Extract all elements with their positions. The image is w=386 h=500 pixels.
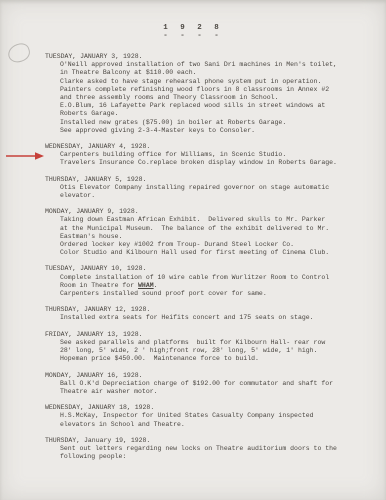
log-entry: TUESDAY, JANUARY 10, 1928. Complete inst… [45,265,376,298]
entry-line: Clarke asked to have stage rehearsal pho… [45,78,376,86]
entry-line: Complete installation of 10 wire cable f… [45,274,376,282]
entry-date: MONDAY, JANUARY 9, 1928. [45,208,376,216]
log-entry: TUESDAY, JANUARY 3, 1928. O'Neill approv… [45,53,376,135]
entry-line: Theatre air washer motor. [45,388,376,396]
entry-line: Roberts Garage. [45,110,376,118]
entry-date: FRIDAY, JANUARY 13, 1928. [45,331,376,339]
underlined-text: WHAM [138,282,154,289]
entries-container: TUESDAY, JANUARY 3, 1928. O'Neill approv… [45,53,376,461]
log-entry: THURSDAY, JANUARY 12, 1928. Installed ex… [45,306,376,322]
entry-date: THURSDAY, JANUARY 12, 1928. [45,306,376,314]
entry-line: Sent out letters regarding new locks on … [45,445,376,453]
entry-date: MONDAY, JANUARY 16, 1928. [45,372,376,380]
entry-line: following people: [45,453,376,461]
log-entry: MONDAY, JANUARY 9, 1928. Taking down Eas… [45,208,376,257]
entry-line: Painters complete refinishing wood floor… [45,86,376,94]
log-entry: FRIDAY, JANUARY 13, 1928. See asked para… [45,331,376,364]
entry-line: Room in Theatre for WHAM. [45,282,376,290]
entry-line: See asked parallels and platforms built … [45,339,376,347]
entry-date: TUESDAY, JANUARY 3, 1928. [45,53,376,61]
log-entry: WEDNESDAY, JANUARY 18, 1928. H.S.McKay, … [45,404,376,429]
entry-line: Eastman's house. [45,233,376,241]
entry-line: Carpenters installed sound proof port co… [45,290,376,298]
entry-line: O'Neill approved installation of two San… [45,61,376,69]
entry-date: THURSDAY, January 19, 1928. [45,437,376,445]
entry-line: Color Studio and Kilbourn Hall used for … [45,249,376,257]
log-entry: THURSDAY, JANUARY 5, 1928. Otis Elevator… [45,176,376,201]
log-entry: MONDAY, JANUARY 16, 1928. Ball O.K'd Dep… [45,372,376,397]
document-page: 1 9 2 8 - - - - TUESDAY, JANUARY 3, 1928… [0,0,386,500]
entry-line: 28' long, 5' wide, 2 ' high;front row, 2… [45,347,376,355]
entry-line: Travelers Insurance Co.replace broken di… [45,159,376,167]
red-margin-arrow-icon [6,151,44,161]
entry-date: THURSDAY, JANUARY 5, 1928. [45,176,376,184]
entry-line: Otis Elevator Company installing repaire… [45,184,376,192]
pencil-mark [6,41,32,65]
entry-line: Installed extra seats for Heifits concer… [45,314,376,322]
title-block: 1 9 2 8 - - - - [0,0,386,39]
entry-line: Carpenters building office for Williams,… [45,151,376,159]
entry-line: See approved giving 2-3-4-Master keys to… [45,127,376,135]
entry-date: TUESDAY, JANUARY 10, 1928. [45,265,376,273]
document-title-underline: - - - - [0,33,386,39]
entry-date: WEDNESDAY, JANUARY 4, 1928. [45,143,376,151]
entry-line: elevators in School and Theatre. [45,421,376,429]
entry-line: E.O.Blum, 16 Lafayette Park replaced woo… [45,102,376,110]
entry-line: Installed new grates ($75.00) in boiler … [45,119,376,127]
log-entry: WEDNESDAY, JANUARY 4, 1928. Carpenters b… [45,143,376,168]
entry-line: Ordered locker key #1002 from Troup- Dur… [45,241,376,249]
entry-date: WEDNESDAY, JANUARY 18, 1928. [45,404,376,412]
entry-line: Ball O.K'd Depreciation charge of $192.0… [45,380,376,388]
entry-line: Taking down Eastman African Exhibit. Del… [45,216,376,224]
entry-line: elevator. [45,192,376,200]
entry-line: in Theatre Balcony at $110.00 each. [45,69,376,77]
entry-line: Hopeman price $450.00. Maintenance force… [45,355,376,363]
entry-line: H.S.McKay, Inspector for United States C… [45,412,376,420]
entry-line: and three assembly rooms and Theory Clas… [45,94,376,102]
entry-line: at the Municipal Museum. The balance of … [45,225,376,233]
log-entry: THURSDAY, January 19, 1928. Sent out let… [45,437,376,462]
